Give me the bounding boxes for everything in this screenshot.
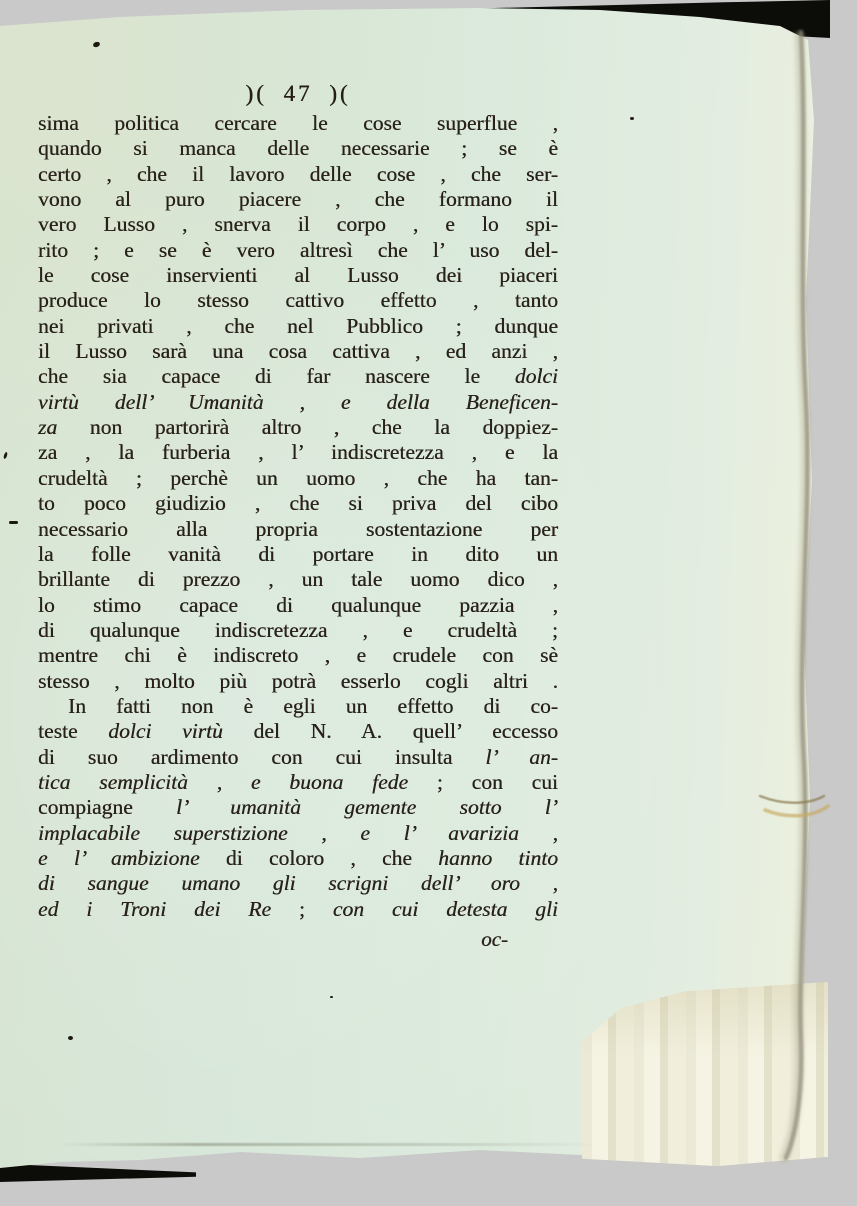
text-line: ed i Troni dei Re ; con cui detesta gli (38, 897, 558, 922)
page-number-header: )( 47 )( (38, 81, 558, 107)
text-line: rito ; e se è vero altresì che l’ uso de… (38, 238, 558, 263)
text-segment: certo , che il lavoro delle cose , che s… (38, 162, 558, 186)
italic-text-segment: ed i Troni dei Re (38, 897, 271, 921)
text-line: nei privati , che nel Pubblico ; dunque (38, 314, 558, 339)
text-line: brillante di prezzo , un tale uomo dico … (38, 567, 558, 592)
text-segment: vono al puro piacere , che formano il (38, 187, 558, 211)
text-line: za non partorirà altro , che la doppiez- (38, 415, 558, 440)
text-line: la folle vanità di portare in dito un (38, 542, 558, 567)
text-segment: non partorirà altro , che la doppiez- (57, 415, 558, 439)
text-line: lo stimo capace di qualunque pazzia , (38, 593, 558, 618)
text-line: stesso , molto più potrà esserlo cogli a… (38, 669, 558, 694)
text-line: quando si manca delle necessarie ; se è (38, 136, 558, 161)
italic-text-segment: implacabile superstizione , e l’ avarizi… (38, 821, 558, 845)
scanned-book-page: )( 47 )( sima politica cercare le cose s… (0, 0, 857, 1206)
text-segment: rito ; e se è vero altresì che l’ uso de… (38, 238, 558, 262)
text-segment: di suo ardimento con cui insulta (38, 745, 485, 769)
text-segment: ; con cui (408, 770, 558, 794)
text-line: di suo ardimento con cui insulta l’ an- (38, 745, 558, 770)
ink-speck (9, 521, 18, 524)
text-segment: vero Lusso , snerva il corpo , e lo spi- (38, 212, 558, 236)
text-segment: mentre chi è indiscreto , e crudele con … (38, 643, 558, 667)
catchword: oc- (38, 927, 508, 952)
text-line: le cose inservienti al Lusso dei piaceri (38, 263, 558, 288)
text-segment: il Lusso sarà una cosa cattiva , ed anzi… (38, 339, 558, 363)
text-line: tica semplicità , e buona fede ; con cui (38, 770, 558, 795)
text-line: che sia capace di far nascere le dolci (38, 364, 558, 389)
italic-text-segment: di sangue umano gli scrigni dell’ oro , (38, 871, 558, 895)
text-line: produce lo stesso cattivo effetto , tant… (38, 288, 558, 313)
text-segment: necessario alla propria sostentazione pe… (38, 517, 558, 541)
text-line: implacabile superstizione , e l’ avarizi… (38, 821, 558, 846)
text-line: sima politica cercare le cose superflue … (38, 111, 558, 136)
text-segment: che sia capace di far nascere le (38, 364, 515, 388)
text-segment: le cose inservienti al Lusso dei piaceri (38, 263, 558, 287)
text-line: za , la furberia , l’ indiscretezza , e … (38, 440, 558, 465)
text-segment: In fatti non è egli un effetto di co- (68, 694, 558, 718)
text-segment: za , la furberia , l’ indiscretezza , e … (38, 440, 558, 464)
text-segment: di coloro , che (200, 846, 439, 870)
text-line: di sangue umano gli scrigni dell’ oro , (38, 871, 558, 896)
italic-text-segment: e l’ ambizione (38, 846, 200, 870)
ink-speck (68, 1036, 73, 1040)
text-line: il Lusso sarà una cosa cattiva , ed anzi… (38, 339, 558, 364)
text-line: vero Lusso , snerva il corpo , e lo spi- (38, 212, 558, 237)
text-segment: compiagne (38, 795, 176, 819)
text-segment: brillante di prezzo , un tale uomo dico … (38, 567, 558, 591)
italic-text-segment: con cui detesta gli (333, 897, 558, 921)
italic-text-segment: l’ umanità gemente sotto l’ (176, 795, 558, 819)
text-segment: di qualunque indiscretezza , e crudeltà … (38, 618, 558, 642)
ink-speck (330, 996, 333, 998)
text-segment: teste (38, 719, 108, 743)
text-segment: del N. A. quell’ eccesso (223, 719, 558, 743)
page-text-block: sima politica cercare le cose superflue … (38, 111, 558, 922)
text-segment: stesso , molto più potrà esserlo cogli a… (38, 669, 558, 693)
text-segment: la folle vanità di portare in dito un (38, 542, 558, 566)
text-segment: quando si manca delle necessarie ; se è (38, 136, 558, 160)
text-segment: crudeltà ; perchè un uomo , che ha tan- (38, 466, 558, 490)
italic-text-segment: l’ an- (485, 745, 558, 769)
text-line: necessario alla propria sostentazione pe… (38, 517, 558, 542)
italic-text-segment: tica semplicità , e buona fede (38, 770, 408, 794)
ink-speck (630, 117, 634, 120)
italic-text-segment: hanno tinto (438, 846, 558, 870)
text-segment: lo stimo capace di qualunque pazzia , (38, 593, 558, 617)
text-line: crudeltà ; perchè un uomo , che ha tan- (38, 466, 558, 491)
text-line: mentre chi è indiscreto , e crudele con … (38, 643, 558, 668)
italic-text-segment: dolci (515, 364, 558, 388)
text-line: to poco giudizio , che si priva del cibo (38, 491, 558, 516)
text-line: teste dolci virtù del N. A. quell’ ecces… (38, 719, 558, 744)
text-line: In fatti non è egli un effetto di co- (38, 694, 558, 719)
text-line: virtù dell’ Umanità , e della Beneficen- (38, 390, 558, 415)
italic-text-segment: virtù dell’ Umanità , e della Beneficen- (38, 390, 558, 414)
text-line: vono al puro piacere , che formano il (38, 187, 558, 212)
text-segment: produce lo stesso cattivo effetto , tant… (38, 288, 558, 312)
text-line: di qualunque indiscretezza , e crudeltà … (38, 618, 558, 643)
text-line: certo , che il lavoro delle cose , che s… (38, 162, 558, 187)
text-segment: ; (271, 897, 333, 921)
text-segment: sima politica cercare le cose superflue … (38, 111, 558, 135)
text-line: compiagne l’ umanità gemente sotto l’ (38, 795, 558, 820)
text-segment: to poco giudizio , che si priva del cibo (38, 491, 558, 515)
italic-text-segment: za (38, 415, 57, 439)
text-line: e l’ ambizione di coloro , che hanno tin… (38, 846, 558, 871)
italic-text-segment: dolci virtù (108, 719, 223, 743)
text-segment: nei privati , che nel Pubblico ; dunque (38, 314, 558, 338)
